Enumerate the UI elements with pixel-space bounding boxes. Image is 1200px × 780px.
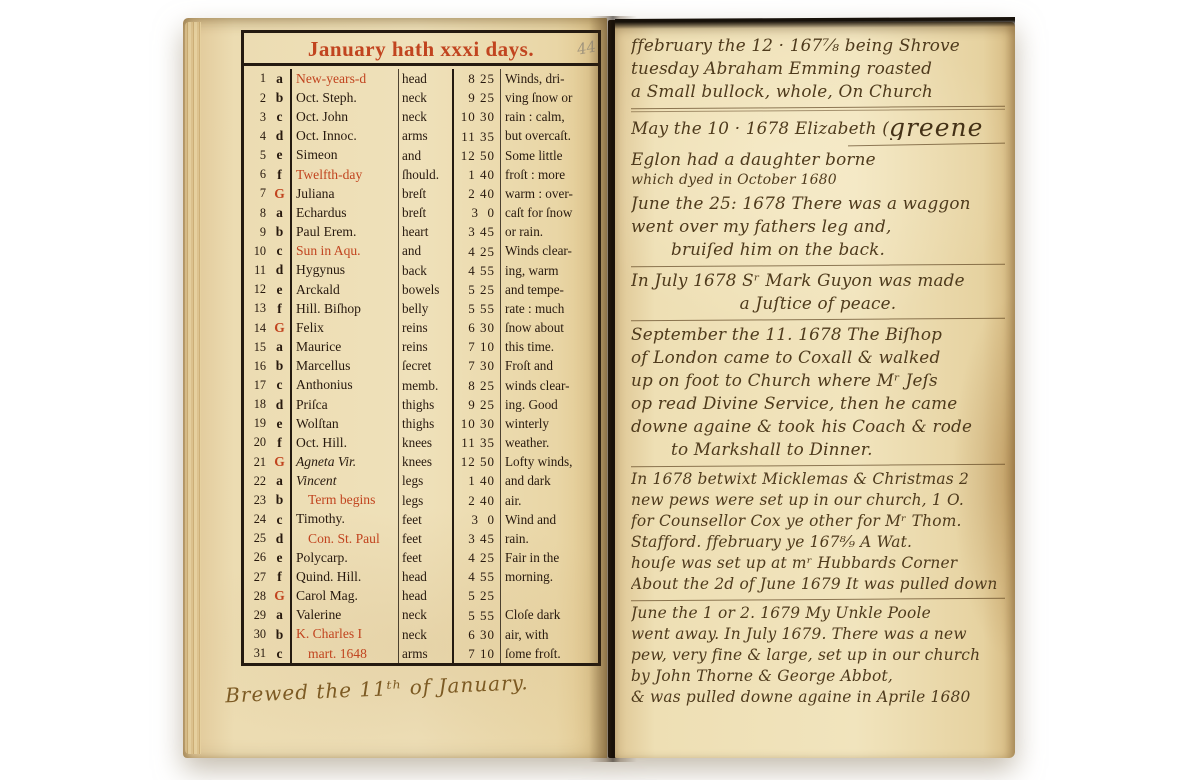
- weather-text: warm : over-: [500, 184, 598, 203]
- diary-line: ffebruary the 12 · 167⁷⁄₈ being Shrove: [631, 34, 1005, 57]
- tide-time: 12 50: [452, 452, 500, 471]
- diary-large-word: greene: [889, 114, 983, 140]
- calendar-title: January hath xxxi days.: [308, 37, 534, 61]
- diary-line: About the 2d of June 1679 It was pulled …: [631, 574, 1005, 595]
- day-number: 7: [244, 187, 269, 199]
- weather-text: Winds, dri-: [500, 69, 598, 88]
- calendar-row: 15aMauricereins7 10this time.: [244, 337, 598, 356]
- tide-time: 1 40: [452, 165, 500, 184]
- weather-text: this time.: [500, 337, 598, 356]
- tide-time: 5 25: [452, 586, 500, 605]
- body-part: neck: [398, 625, 452, 644]
- diary-line: to Markshall to Dinner.: [631, 438, 1005, 461]
- calendar-row: 7GJulianabreſt2 40warm : over-: [244, 184, 598, 203]
- weather-text: rain.: [500, 529, 598, 548]
- tide-time: 4 25: [452, 548, 500, 567]
- tide-time: 4 55: [452, 261, 500, 280]
- weather-text: rate : much: [500, 299, 598, 318]
- day-number: 31: [244, 647, 269, 659]
- calendar-row: 2bOct. Steph.neck9 25ving ſnow or: [244, 88, 598, 107]
- weather-text: winds clear-: [500, 376, 598, 395]
- day-number: 23: [244, 494, 269, 506]
- day-number: 30: [244, 628, 269, 640]
- diary-line: September the 11. 1678 The Biſhop: [631, 323, 1005, 346]
- body-part: neck: [398, 606, 452, 625]
- body-part: feet: [398, 529, 452, 548]
- diary-line: by John Thorne & George Abbot,: [631, 666, 1005, 687]
- body-part: knees: [398, 433, 452, 452]
- calendar-row: 22aVincentlegs1 40and dark: [244, 471, 598, 490]
- dominical-letter: e: [269, 551, 290, 565]
- diary-line: Eglon had a daughter borne: [631, 148, 1005, 171]
- day-number: 15: [244, 341, 269, 353]
- calendar-row: 23bTerm beginslegs2 40air.: [244, 491, 598, 510]
- calendar-row: 6fTwelfth-dayſhould.1 40froſt : more: [244, 165, 598, 184]
- body-part: heart: [398, 222, 452, 241]
- weather-text: and tempe-: [500, 280, 598, 299]
- pencil-page-number: 44: [575, 37, 597, 58]
- diary-line: which dyed in October 1680: [631, 171, 1005, 190]
- calendar-row: 31cmart. 1648arms7 10ſome froſt.: [244, 644, 598, 663]
- weather-text: ſnow about: [500, 318, 598, 337]
- feast-name: Marcellus: [290, 356, 398, 375]
- dominical-letter: c: [269, 513, 290, 527]
- calendar-rows: 1aNew-years-dhead8 25Winds, dri-2bOct. S…: [244, 69, 598, 663]
- feast-name: Vincent: [290, 471, 398, 490]
- weather-text: ing, warm: [500, 261, 598, 280]
- diary-line: went over my fathers leg and,: [631, 215, 1005, 238]
- feast-name: K. Charles I: [290, 625, 398, 644]
- body-part: and: [398, 241, 452, 260]
- tide-time: 9 25: [452, 88, 500, 107]
- day-number: 27: [244, 571, 269, 583]
- diary-line: May the 10 · 1678 Elizabeth (greene: [631, 114, 1005, 140]
- dominical-letter: d: [269, 129, 290, 143]
- dominical-letter: d: [269, 263, 290, 277]
- tide-time: 3 0: [452, 510, 500, 529]
- diary-line: In 1678 betwixt Micklemas & Christmas 2: [631, 469, 1005, 490]
- dominical-letter: a: [269, 206, 290, 220]
- calendar-row: 3cOct. Johnneck10 30rain : calm,: [244, 107, 598, 126]
- tide-time: 3 45: [452, 529, 500, 548]
- hand-drawn-rule: [631, 464, 1005, 468]
- tide-time: 7 10: [452, 644, 500, 663]
- dominical-letter: b: [269, 91, 290, 105]
- day-number: 4: [244, 130, 269, 142]
- day-number: 10: [244, 245, 269, 257]
- dominical-letter: a: [269, 608, 290, 622]
- calendar-row: 20fOct. Hill.knees11 35weather.: [244, 433, 598, 452]
- diary-line: of London came to Coxall & walked: [631, 346, 1005, 369]
- tide-time: 5 55: [452, 606, 500, 625]
- weather-text: but overcaſt.: [500, 126, 598, 145]
- tide-time: 4 25: [452, 241, 500, 260]
- diary-line: tuesday Abraham Emming roasted: [631, 57, 1005, 80]
- calendar-row: 4dOct. Innoc.arms11 35but overcaſt.: [244, 126, 598, 145]
- tide-time: 2 40: [452, 184, 500, 203]
- body-part: reins: [398, 337, 452, 356]
- feast-name: Juliana: [290, 184, 398, 203]
- weather-text: Froſt and: [500, 356, 598, 375]
- feast-name: Felix: [290, 318, 398, 337]
- body-part: thighs: [398, 395, 452, 414]
- weather-text: ſome froſt.: [500, 644, 598, 663]
- weather-text: froſt : more: [500, 165, 598, 184]
- diary-entry: June the 25: 1678 There was a waggonwent…: [631, 192, 1005, 261]
- body-part: back: [398, 261, 452, 280]
- weather-text: air.: [500, 491, 598, 510]
- tide-time: 8 25: [452, 69, 500, 88]
- body-part: neck: [398, 88, 452, 107]
- calendar-row: 26ePolycarp.feet4 25Fair in the: [244, 548, 598, 567]
- day-number: 25: [244, 532, 269, 544]
- weather-text: Lofty winds,: [500, 452, 598, 471]
- tide-time: 7 30: [452, 356, 500, 375]
- dominical-letter: G: [269, 187, 290, 201]
- weather-text: weather.: [500, 433, 598, 452]
- weather-text: caſt for ſnow: [500, 203, 598, 222]
- feast-name: Term begins: [290, 491, 398, 510]
- feast-name: Polycarp.: [290, 548, 398, 567]
- tide-time: 5 25: [452, 280, 500, 299]
- feast-name: Carol Mag.: [290, 586, 398, 605]
- calendar-row: 16bMarcellusſecret7 30Froſt and: [244, 356, 598, 375]
- diary-line: a Juſtice of peace.: [631, 292, 1005, 315]
- weather-text: Fair in the: [500, 548, 598, 567]
- dominical-letter: c: [269, 110, 290, 124]
- dominical-letter: e: [269, 283, 290, 297]
- feast-name: Sun in Aqu.: [290, 241, 398, 260]
- day-number: 6: [244, 168, 269, 180]
- diary-entry: ffebruary the 12 · 167⁷⁄₈ being Shrovetu…: [631, 34, 1005, 103]
- feast-name: Paul Erem.: [290, 222, 398, 241]
- day-number: 29: [244, 609, 269, 621]
- dominical-letter: G: [269, 455, 290, 469]
- dominical-letter: e: [269, 148, 290, 162]
- body-part: bowels: [398, 280, 452, 299]
- dominical-letter: b: [269, 359, 290, 373]
- weather-text: Wind and: [500, 510, 598, 529]
- calendar-row: 8aEchardusbreſt3 0caſt for ſnow: [244, 203, 598, 222]
- calendar-row: 13fHill. Biſhopbelly5 55rate : much: [244, 299, 598, 318]
- diary-line: June the 1 or 2. 1679 My Unkle Poole: [631, 603, 1005, 624]
- tide-time: 5 55: [452, 299, 500, 318]
- day-number: 18: [244, 398, 269, 410]
- feast-name: Priſca: [290, 395, 398, 414]
- body-part: feet: [398, 510, 452, 529]
- calendar-row: 1aNew-years-dhead8 25Winds, dri-: [244, 69, 598, 88]
- feast-name: Hill. Biſhop: [290, 299, 398, 318]
- body-part: breſt: [398, 203, 452, 222]
- body-part: thighs: [398, 414, 452, 433]
- diary-line: houſe was set up at mʳ Hubbards Corner: [631, 553, 1005, 574]
- dominical-letter: d: [269, 532, 290, 546]
- feast-name: Arckald: [290, 280, 398, 299]
- weather-text: Cloſe dark: [500, 606, 598, 625]
- feast-name: Con. St. Paul: [290, 529, 398, 548]
- hand-drawn-rule: [848, 143, 1005, 147]
- right-page: ffebruary the 12 · 167⁷⁄₈ being Shrovetu…: [615, 22, 1015, 758]
- day-number: 21: [244, 456, 269, 468]
- calendar-row: 28GCarol Mag.head5 25: [244, 586, 598, 605]
- feast-name: Echardus: [290, 203, 398, 222]
- feast-name: Wolſtan: [290, 414, 398, 433]
- dominical-letter: G: [269, 589, 290, 603]
- body-part: reins: [398, 318, 452, 337]
- tide-time: 11 35: [452, 433, 500, 452]
- diary-line: went away. In July 1679. There was a new: [631, 624, 1005, 645]
- day-number: 11: [244, 264, 269, 276]
- feast-name: Quind. Hill.: [290, 567, 398, 586]
- page-edge-stack: [185, 22, 201, 754]
- diary-line: a Small bullock, whole, On Church: [631, 80, 1005, 103]
- diary-line: Stafford. ffebruary ye 167⁸⁄₉ A Wat.: [631, 532, 1005, 553]
- body-part: belly: [398, 299, 452, 318]
- weather-text: morning.: [500, 567, 598, 586]
- dominical-letter: d: [269, 398, 290, 412]
- diary-entry: May the 10 · 1678 Elizabeth (greeneEglon…: [631, 114, 1005, 190]
- body-part: head: [398, 567, 452, 586]
- feast-name: Timothy.: [290, 510, 398, 529]
- tide-time: 9 25: [452, 395, 500, 414]
- day-number: 12: [244, 283, 269, 295]
- tide-time: 12 50: [452, 146, 500, 165]
- diary-line: & was pulled downe againe in Aprile 1680: [631, 687, 1005, 708]
- hand-drawn-rule: [631, 106, 1005, 113]
- tide-time: 10 30: [452, 414, 500, 433]
- diary-entry: In 1678 betwixt Micklemas & Christmas 2n…: [631, 469, 1005, 595]
- body-part: knees: [398, 452, 452, 471]
- day-number: 26: [244, 551, 269, 563]
- day-number: 9: [244, 226, 269, 238]
- weather-text: or rain.: [500, 222, 598, 241]
- dominical-letter: G: [269, 321, 290, 335]
- feast-name: Hygynus: [290, 261, 398, 280]
- weather-text: Some little: [500, 146, 598, 165]
- diary-line: In July 1678 Sʳ Mark Guyon was made: [631, 269, 1005, 292]
- body-part: legs: [398, 471, 452, 490]
- body-part: and: [398, 146, 452, 165]
- january-calendar-table: January hath xxxi days. 44 1aNew-years-d…: [241, 30, 601, 666]
- photo-background: January hath xxxi days. 44 1aNew-years-d…: [0, 0, 1200, 780]
- calendar-row: 30bK. Charles Ineck6 30air, with: [244, 625, 598, 644]
- dominical-letter: a: [269, 474, 290, 488]
- body-part: breſt: [398, 184, 452, 203]
- hand-drawn-rule: [631, 264, 1005, 268]
- calendar-row: 14GFelixreins6 30ſnow about: [244, 318, 598, 337]
- tide-time: 11 35: [452, 126, 500, 145]
- body-part: arms: [398, 644, 452, 663]
- calendar-row: 9bPaul Erem.heart3 45or rain.: [244, 222, 598, 241]
- calendar-row: 10cSun in Aqu.and4 25Winds clear-: [244, 241, 598, 260]
- feast-name: Twelfth-day: [290, 165, 398, 184]
- day-number: 22: [244, 475, 269, 487]
- weather-text: ving ſnow or: [500, 88, 598, 107]
- diary-entry: In July 1678 Sʳ Mark Guyon was madea Juſ…: [631, 269, 1005, 315]
- dominical-letter: f: [269, 570, 290, 584]
- dominical-letter: c: [269, 647, 290, 661]
- calendar-row: 12eArckaldbowels5 25and tempe-: [244, 280, 598, 299]
- diary-line: new pews were set up in our church, 1 O.: [631, 490, 1005, 511]
- body-part: arms: [398, 126, 452, 145]
- dominical-letter: a: [269, 72, 290, 86]
- tide-time: 2 40: [452, 491, 500, 510]
- calendar-row: 27fQuind. Hill.head4 55morning.: [244, 567, 598, 586]
- tide-time: 3 45: [452, 222, 500, 241]
- feast-name: Agneta Vir.: [290, 452, 398, 471]
- weather-text: rain : calm,: [500, 107, 598, 126]
- feast-name: Oct. John: [290, 107, 398, 126]
- calendar-title-band: January hath xxxi days. 44: [244, 33, 598, 66]
- feast-name: Maurice: [290, 337, 398, 356]
- almanac-book: January hath xxxi days. 44 1aNew-years-d…: [183, 16, 1021, 762]
- dominical-letter: f: [269, 302, 290, 316]
- day-number: 16: [244, 360, 269, 372]
- dominical-letter: b: [269, 225, 290, 239]
- tide-time: 10 30: [452, 107, 500, 126]
- diary-line: op read Divine Service, then he came: [631, 392, 1005, 415]
- tide-time: 1 40: [452, 471, 500, 490]
- weather-text: [500, 586, 598, 605]
- body-part: ſhould.: [398, 165, 452, 184]
- day-number: 13: [244, 302, 269, 314]
- calendar-row: 11dHygynusback4 55ing, warm: [244, 261, 598, 280]
- calendar-row: 18dPriſcathighs9 25ing. Good: [244, 395, 598, 414]
- handwritten-margin-note: Brewed the 11ᵗʰ of January.: [225, 669, 566, 708]
- weather-text: winterly: [500, 414, 598, 433]
- calendar-row: 21GAgneta Vir.knees12 50Lofty winds,: [244, 452, 598, 471]
- weather-text: ing. Good: [500, 395, 598, 414]
- dominical-letter: f: [269, 168, 290, 182]
- weather-text: Winds clear-: [500, 241, 598, 260]
- diary-line: June the 25: 1678 There was a waggon: [631, 192, 1005, 215]
- body-part: neck: [398, 107, 452, 126]
- hand-drawn-rule: [631, 598, 1005, 602]
- tide-time: 8 25: [452, 376, 500, 395]
- diary-entry: June the 1 or 2. 1679 My Unkle Poolewent…: [631, 603, 1005, 708]
- dominical-letter: b: [269, 493, 290, 507]
- day-number: 19: [244, 417, 269, 429]
- feast-name: mart. 1648: [290, 644, 398, 663]
- dominical-letter: f: [269, 436, 290, 450]
- day-number: 14: [244, 322, 269, 334]
- day-number: 3: [244, 111, 269, 123]
- feast-name: New-years-d: [290, 69, 398, 88]
- weather-text: air, with: [500, 625, 598, 644]
- day-number: 28: [244, 590, 269, 602]
- calendar-row: 25dCon. St. Paulfeet3 45rain.: [244, 529, 598, 548]
- dominical-letter: c: [269, 378, 290, 392]
- feast-name: Oct. Hill.: [290, 433, 398, 452]
- day-number: 2: [244, 92, 269, 104]
- feast-name: Simeon: [290, 146, 398, 165]
- dominical-letter: c: [269, 244, 290, 258]
- feast-name: Oct. Innoc.: [290, 126, 398, 145]
- diary-line: pew, very fine & large, set up in our ch…: [631, 645, 1005, 666]
- hand-drawn-rule: [631, 318, 1005, 322]
- calendar-row: 29aValerineneck5 55Cloſe dark: [244, 606, 598, 625]
- dominical-letter: b: [269, 628, 290, 642]
- body-part: legs: [398, 491, 452, 510]
- feast-name: Oct. Steph.: [290, 88, 398, 107]
- tide-time: 3 0: [452, 203, 500, 222]
- diary-line: downe againe & took his Coach & rode: [631, 415, 1005, 438]
- body-part: ſecret: [398, 356, 452, 375]
- day-number: 8: [244, 207, 269, 219]
- feast-name: Anthonius: [290, 376, 398, 395]
- day-number: 5: [244, 149, 269, 161]
- tide-time: 6 30: [452, 625, 500, 644]
- calendar-row: 5eSimeonand12 50Some little: [244, 146, 598, 165]
- diary-line: bruiſed him on the back.: [631, 238, 1005, 261]
- body-part: head: [398, 586, 452, 605]
- tide-time: 6 30: [452, 318, 500, 337]
- diary-line: for Counsellor Cox ye other for Mʳ Thom.: [631, 511, 1005, 532]
- dominical-letter: a: [269, 340, 290, 354]
- diary-line: up on foot to Church where Mʳ Jeſs: [631, 369, 1005, 392]
- tide-time: 4 55: [452, 567, 500, 586]
- day-number: 1: [244, 72, 269, 84]
- diary-entry: September the 11. 1678 The Biſhopof Lond…: [631, 323, 1005, 461]
- body-part: feet: [398, 548, 452, 567]
- handwritten-diary: ffebruary the 12 · 167⁷⁄₈ being Shrovetu…: [631, 32, 1005, 752]
- calendar-row: 24cTimothy.feet3 0Wind and: [244, 510, 598, 529]
- feast-name: Valerine: [290, 606, 398, 625]
- day-number: 24: [244, 513, 269, 525]
- day-number: 17: [244, 379, 269, 391]
- day-number: 20: [244, 436, 269, 448]
- dominical-letter: e: [269, 417, 290, 431]
- tide-time: 7 10: [452, 337, 500, 356]
- body-part: head: [398, 69, 452, 88]
- calendar-row: 17cAnthoniusmemb.8 25winds clear-: [244, 376, 598, 395]
- left-page: January hath xxxi days. 44 1aNew-years-d…: [183, 18, 607, 758]
- body-part: memb.: [398, 376, 452, 395]
- weather-text: and dark: [500, 471, 598, 490]
- calendar-row: 19eWolſtanthighs10 30winterly: [244, 414, 598, 433]
